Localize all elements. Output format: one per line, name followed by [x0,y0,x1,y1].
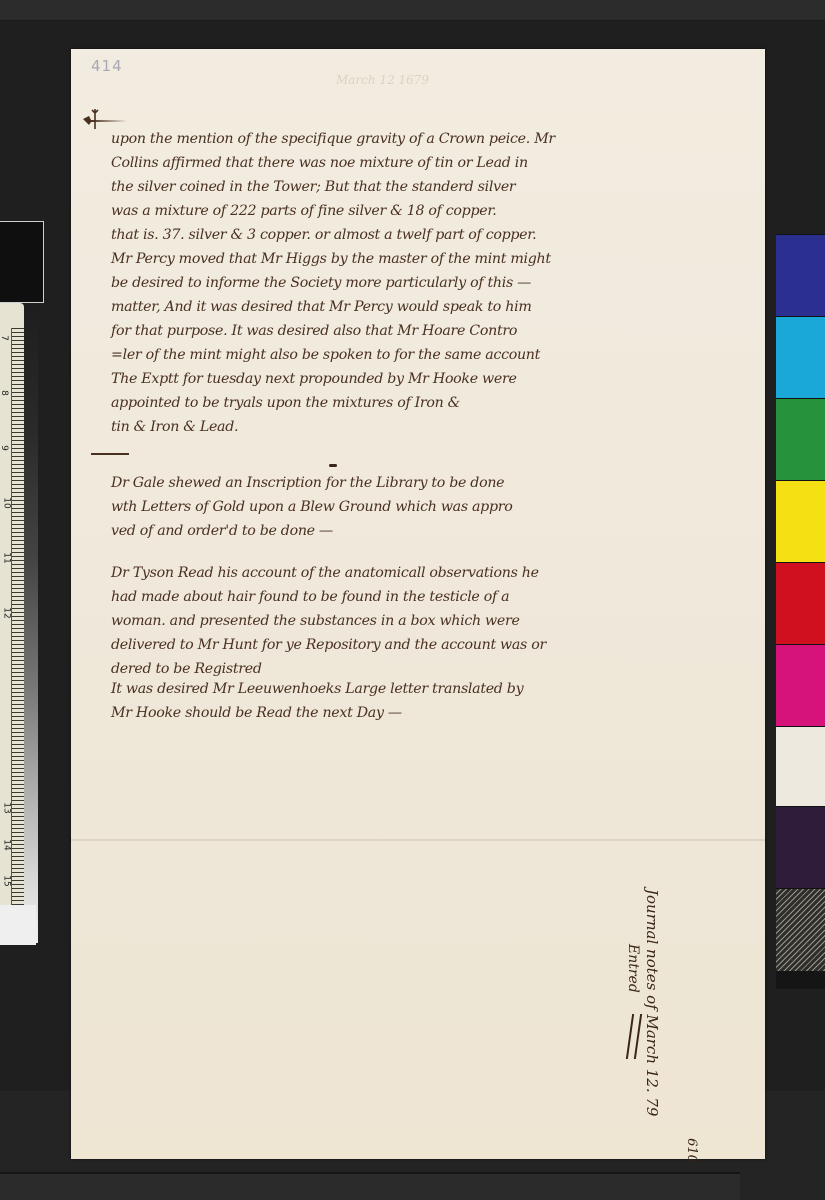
ruler-number: 15 [2,875,12,886]
manuscript-line: tin & Iron & Lead. [111,415,751,439]
ruler-number: 10 [2,497,12,508]
manuscript-line: that is. 37. silver & 3 copper. or almos… [111,223,751,247]
swatch-white [776,726,825,807]
bottom-mat-band [0,1172,740,1200]
manuscript-page: 414 March 12 1679 upon the mention of th… [71,49,765,1159]
manuscript-line: The Exptt for tuesday next propounded by… [111,367,751,391]
measurement-ruler: 7 8 9 10 11 12 13 14 15 [0,303,24,911]
ruler-ticks [11,328,24,908]
manuscript-line: Dr Tyson Read his account of the anatomi… [111,561,751,585]
manuscript-line: ved of and order'd to be done — [111,519,751,543]
color-calibration-strip [776,234,825,989]
manuscript-line: wth Letters of Gold upon a Blew Ground w… [111,495,751,519]
swatch-blue [776,234,825,317]
endorsement-entered: Entred [625,944,641,993]
ruler-number: 14 [2,839,12,850]
ruler-number: 12 [2,607,12,618]
manuscript-line: was a mixture of 222 parts of fine silve… [111,199,751,223]
paragraph-crown-silver: upon the mention of the specifique gravi… [111,127,751,439]
manuscript-line: woman. and presented the substances in a… [111,609,751,633]
ruler-number: 8 [0,390,9,396]
section-divider [91,453,129,455]
ruler-number: 13 [2,802,12,813]
paragraph-tyson-observations: Dr Tyson Read his account of the anatomi… [111,561,751,681]
swatch-magenta [776,644,825,727]
ruler-number: 11 [2,552,12,563]
endorsement-fraction: 610 [684,1138,699,1163]
manuscript-line: Mr Hooke should be Read the next Day — [111,701,751,725]
paragraph-library-inscription: Dr Gale shewed an Inscription for the Li… [111,471,751,543]
folio-number: 414 [91,57,123,75]
manuscript-line: =ler of the mint might also be spoken to… [111,343,751,367]
bleed-through-text: March 12 1679 [336,73,429,87]
manuscript-line: had made about hair found to be found in… [111,585,751,609]
manuscript-line: Collins affirmed that there was noe mixt… [111,151,751,175]
swatch-red [776,562,825,645]
manuscript-line: upon the mention of the specifique gravi… [111,127,751,151]
ink-mark [329,464,337,467]
swatch-black-textured [776,888,825,971]
manuscript-line: matter, And it was desired that Mr Percy… [111,295,751,319]
ruler-cap [0,221,44,303]
manuscript-line: delivered to Mr Hunt for ye Repository a… [111,633,751,657]
manuscript-line: appointed to be tryals upon the mixtures… [111,391,751,415]
manuscript-line: for that purpose. It was desired also th… [111,319,751,343]
paragraph-leeuwenhoek-letter: It was desired Mr Leeuwenhoeks Large let… [111,677,751,725]
ruler-number: 7 [0,335,9,341]
swatch-cyan [776,316,825,399]
top-mat-band [0,0,825,21]
ruler-number: 9 [0,445,9,451]
manuscript-line: the silver coined in the Tower; But that… [111,175,751,199]
swatch-green [776,398,825,481]
ruler-base [0,905,36,945]
manuscript-line: Dr Gale shewed an Inscription for the Li… [111,471,751,495]
swatch-yellow [776,480,825,563]
swatch-purple [776,806,825,889]
manuscript-line: It was desired Mr Leeuwenhoeks Large let… [111,677,751,701]
grayscale-strip [24,303,38,943]
manuscript-line: Mr Percy moved that Mr Higgs by the mast… [111,247,751,271]
manuscript-line: be desired to informe the Society more p… [111,271,751,295]
